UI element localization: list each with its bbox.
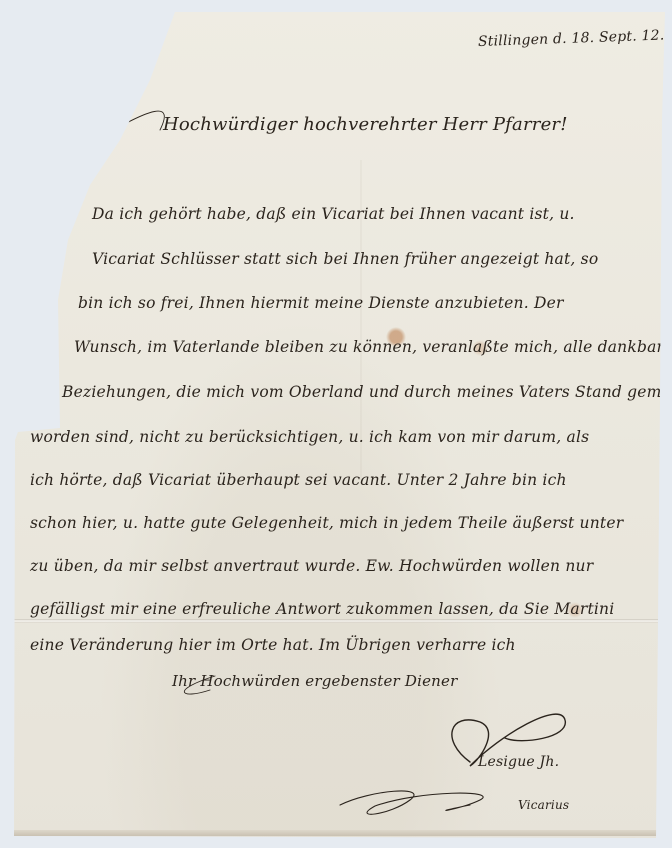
body-line-11: eine Veränderung hier im Orte hat. Im Üb… xyxy=(30,636,516,654)
salutation: Hochwürdiger hochverehrter Herr Pfarrer! xyxy=(163,114,568,135)
paper-bottom-edge xyxy=(14,830,658,836)
body-line-6: worden sind, nicht zu berücksichtigen, u… xyxy=(30,428,589,446)
body-line-1: Da ich gehört habe, daß ein Vicariat bei… xyxy=(92,205,575,223)
body-line-2: Vicariat Schlüsser statt sich bei Ihnen … xyxy=(92,250,598,268)
body-line-3: bin ich so frei, Ihnen hiermit meine Die… xyxy=(78,294,564,312)
horizontal-fold-line xyxy=(14,619,664,623)
body-line-5: Beziehungen, die mich vom Oberland und d… xyxy=(62,383,672,401)
signature-name: Lesigue Jh. xyxy=(478,754,559,770)
closing-line: Ihr Hochwürden ergebenster Diener xyxy=(172,672,458,690)
body-line-8: schon hier, u. hatte gute Gelegenheit, m… xyxy=(30,514,623,532)
signature-title: Vicarius xyxy=(518,798,569,812)
dateline: Stillingen d. 18. Sept. 12. xyxy=(478,27,665,49)
body-line-9: zu üben, da mir selbst anvertraut wurde.… xyxy=(30,557,593,575)
body-line-10: gefälligst mir eine erfreuliche Antwort … xyxy=(30,600,614,618)
letter-paper: Stillingen d. 18. Sept. 12. Hochwürdiger… xyxy=(0,0,672,848)
body-line-4: Wunsch, im Vaterlande bleiben zu können,… xyxy=(74,338,672,356)
body-line-7: ich hörte, daß Vicariat überhaupt sei va… xyxy=(30,471,567,489)
document-viewer: Stillingen d. 18. Sept. 12. Hochwürdiger… xyxy=(0,0,672,848)
